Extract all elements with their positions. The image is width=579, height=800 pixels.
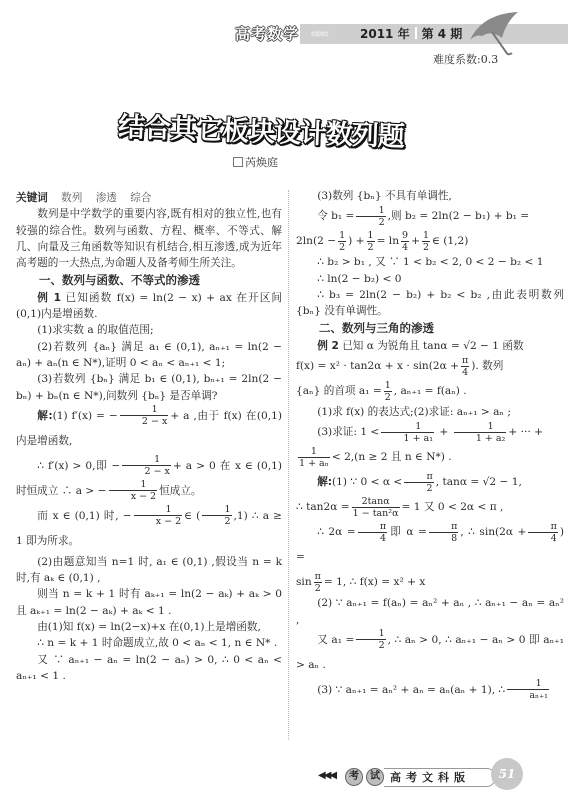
article-title: 结合其它板块设计数列题 bbox=[117, 105, 418, 154]
numerator: 2tanα bbox=[352, 496, 400, 508]
author-name: 芮焕庭 bbox=[245, 156, 278, 169]
denominator: 2 − x bbox=[120, 416, 169, 427]
fraction: 2tanα1 − tan²α bbox=[352, 496, 400, 519]
fraction: 11 + aₙ bbox=[298, 446, 330, 469]
keywords-label: 关键词 bbox=[16, 192, 48, 204]
denominator: 4 bbox=[358, 533, 387, 544]
numerator: 1 bbox=[120, 404, 169, 416]
math-text: ∈ ( bbox=[184, 510, 200, 522]
section-heading: 一、数列与函数、不等式的渗透 bbox=[16, 272, 282, 288]
fraction: 1aₙ₊₁ bbox=[507, 678, 549, 701]
math-text: 2ln(2 − bbox=[296, 235, 336, 247]
math-text: ∈ (1,2) bbox=[432, 235, 468, 247]
example-2: {aₙ} 的首项 a₁ =12, aₙ₊₁ = f(aₙ) . bbox=[296, 379, 564, 404]
math-text: + ··· + bbox=[508, 426, 543, 438]
math-text: ,则 b₂ = 2ln(2 − b₁) + b₁ = bbox=[388, 210, 529, 222]
denominator: 2 bbox=[338, 242, 346, 253]
denominator: x − 2 bbox=[109, 491, 158, 502]
footer-badge-shi: 试 bbox=[366, 768, 384, 786]
numerator: 1 bbox=[507, 678, 549, 690]
solution-part-2: (2)由题意知当 n=1 时, a₁ ∈ (0,1) ,假设当 n = k 时,… bbox=[16, 554, 282, 587]
numerator: π bbox=[429, 521, 458, 533]
solution-part-3: 2ln(2 −12) +12= ln94+12∈ (1,2) bbox=[296, 229, 564, 254]
footer-badge-kao: 考 bbox=[345, 768, 363, 786]
math-text: (3) ∵ aₙ₊₁ = aₙ² + aₙ = aₙ(aₙ + 1), ∴ bbox=[317, 684, 505, 696]
example-label: 例 1 bbox=[37, 292, 61, 304]
denominator: aₙ₊₁ bbox=[507, 690, 549, 701]
fraction: π2 bbox=[314, 571, 322, 594]
fraction: π4 bbox=[528, 521, 557, 544]
denominator: 2 bbox=[314, 583, 322, 594]
fraction: 1x − 2 bbox=[109, 479, 158, 502]
footer-arrows-icon: ◀◀◀ bbox=[318, 770, 335, 781]
solution-part-3: (3)数列 {bₙ} 不具有单调性, bbox=[296, 188, 564, 204]
math-text: ). 数列 bbox=[471, 360, 503, 372]
author-line: 芮焕庭 bbox=[233, 154, 278, 170]
numerator: 9 bbox=[401, 230, 409, 242]
math-text: = ln bbox=[377, 235, 399, 247]
math-text: ∴ f′(x) > 0,即 − bbox=[37, 460, 120, 472]
math-text: 又 a₁ = bbox=[317, 634, 354, 646]
numerator: 1 bbox=[422, 230, 430, 242]
math-text: 即 α = bbox=[389, 526, 427, 538]
numerator: π bbox=[528, 521, 557, 533]
keyword: 渗透 bbox=[96, 192, 117, 204]
denominator: x − 2 bbox=[134, 516, 183, 527]
keywords-line: 关键词 数列 渗透 综合 bbox=[16, 190, 282, 206]
example-label: 例 2 bbox=[317, 340, 339, 352]
example-2: f(x) = x² · tan2α + x · sin(2α +π4). 数列 bbox=[296, 354, 564, 379]
math-text: 而 x ∈ (0,1) 时, − bbox=[37, 510, 131, 522]
fraction: π4 bbox=[358, 521, 387, 544]
solution-2-part-2: 又 a₁ =12, ∴ aₙ > 0, ∴ aₙ₊₁ − aₙ > 0 即 aₙ… bbox=[296, 628, 564, 678]
math-text: 令 b₁ = bbox=[317, 210, 354, 222]
solution-label: 解: bbox=[37, 410, 52, 422]
denominator: 2 − x bbox=[122, 466, 171, 477]
math-text: (3)求证: 1 < bbox=[317, 426, 379, 438]
math-text: 恒成立。 bbox=[159, 485, 201, 497]
solution-part-1b: ∴ f′(x) > 0,即 −12 − x+ a > 0 在 x ∈ (0,1)… bbox=[16, 454, 282, 504]
numerator: 1 bbox=[109, 479, 158, 491]
solution-part-3: ∴ b₂ > b₁ , 又 ∵ 1 < b₂ < 2, 0 < 2 − b₂ <… bbox=[296, 254, 564, 270]
math-text: + bbox=[411, 235, 420, 247]
issue-number: 第 4 期 bbox=[422, 27, 463, 41]
numerator: 1 bbox=[356, 205, 385, 217]
numerator: 1 bbox=[381, 421, 434, 433]
fraction: 1x − 2 bbox=[134, 504, 183, 527]
fraction: 12 bbox=[202, 504, 231, 527]
fraction: 94 bbox=[401, 230, 409, 253]
math-text: sin bbox=[296, 576, 312, 588]
numerator: π bbox=[314, 571, 322, 583]
numerator: π bbox=[358, 521, 387, 533]
example-2-question-3: 11 + aₙ< 2,(n ≥ 2 且 n ∈ N*) . bbox=[296, 445, 564, 470]
denominator: 2 bbox=[384, 392, 392, 403]
solution-2-part-1: sinπ2= 1, ∴ f(x) = x² + x bbox=[296, 570, 564, 595]
numerator: 1 bbox=[454, 421, 507, 433]
fraction: 12 bbox=[356, 628, 385, 651]
example-2-questions: (1)求 f(x) 的表达式;(2)求证: aₙ₊₁ > aₙ ; bbox=[296, 404, 564, 420]
math-text: ∴ 2α = bbox=[317, 526, 355, 538]
fraction: π2 bbox=[404, 471, 433, 494]
solution-2-part-1: 解:(1) ∵ 0 < α <π2, tanα = √2 − 1, bbox=[296, 470, 564, 495]
section-heading: 二、数列与三角的渗透 bbox=[296, 320, 564, 336]
denominator: 1 − tan²α bbox=[352, 508, 400, 519]
question-2: (2)若数列 {aₙ} 满足 a₁ ∈ (0,1), aₙ₊₁ = ln(2 −… bbox=[16, 339, 282, 372]
solution-part-3: 令 b₁ =12,则 b₂ = 2ln(2 − b₁) + b₁ = bbox=[296, 204, 564, 229]
numerator: π bbox=[404, 471, 433, 483]
math-text: ) + bbox=[348, 235, 364, 247]
solution-2-part-2: (2) ∵ aₙ₊₁ = f(aₙ) = aₙ² + aₙ , ∴ aₙ₊₁ −… bbox=[296, 595, 564, 628]
page-number: 51 bbox=[491, 758, 523, 790]
author-box-icon bbox=[233, 157, 243, 167]
fraction: π8 bbox=[429, 521, 458, 544]
numerator: 1 bbox=[338, 230, 346, 242]
magazine-name: 高考数学 bbox=[235, 24, 299, 44]
denominator: 4 bbox=[401, 242, 409, 253]
fraction: 12 bbox=[367, 230, 375, 253]
keyword: 数列 bbox=[61, 192, 82, 204]
math-text: (1) f′(x) = − bbox=[53, 410, 118, 422]
numerator: 1 bbox=[122, 454, 171, 466]
issue-info: 2011 年第 4 期 bbox=[360, 24, 462, 44]
question-3: (3)若数列 {bₙ} 满足 b₁ ∈ (0,1), bₙ₊₁ = 2ln(2 … bbox=[16, 371, 282, 404]
numerator: 1 bbox=[367, 230, 375, 242]
fraction: 12 − x bbox=[122, 454, 171, 477]
math-text: , tanα = √2 − 1, bbox=[436, 476, 522, 488]
solution-label: 解: bbox=[317, 476, 332, 488]
fraction: 11 + a₁ bbox=[381, 421, 434, 444]
denominator: 4 bbox=[528, 533, 557, 544]
fraction: 12 bbox=[384, 380, 392, 403]
denominator: 1 + a₂ bbox=[454, 433, 507, 444]
solution-2-part-3: (3) ∵ aₙ₊₁ = aₙ² + aₙ = aₙ(aₙ + 1), ∴1aₙ… bbox=[296, 678, 564, 703]
fraction: 12 bbox=[338, 230, 346, 253]
math-text: f(x) = x² · tan2α + x · sin(2α + bbox=[296, 360, 459, 372]
left-column: 关键词 数列 渗透 综合 数列是中学数学的重要内容,既有相对的独立性,也有较强的… bbox=[16, 190, 282, 684]
solution-part-2: ∴ n = k + 1 时命题成立,故 0 < aₙ < 1, n ∈ N* . bbox=[16, 635, 282, 651]
solution-2-part-1: ∴ tan2α =2tanα1 − tan²α= 1 又 0 < 2α < π … bbox=[296, 495, 564, 520]
denominator: 4 bbox=[461, 367, 469, 378]
numerator: 1 bbox=[202, 504, 231, 516]
denominator: 2 bbox=[356, 217, 385, 228]
fraction: 11 + a₂ bbox=[454, 421, 507, 444]
math-text: < 2,(n ≥ 2 且 n ∈ N*) . bbox=[332, 451, 452, 463]
intro-paragraph: 数列是中学数学的重要内容,既有相对的独立性,也有较强的综合性。数列与函数、方程、… bbox=[16, 206, 282, 271]
fraction: 12 − x bbox=[120, 404, 169, 427]
solution-2-part-1: ∴ 2α =π4即 α =π8, ∴ sin(2α +π4) = bbox=[296, 520, 564, 570]
solution-part-1c: 而 x ∈ (0,1) 时, −1x − 2∈ (12,1) ∴ a ≥ 1 即… bbox=[16, 504, 282, 554]
math-text: = 1 又 0 < 2α < π , bbox=[402, 501, 504, 513]
math-text: 已知 α 为锐角且 tanα = √2 − 1 函数 bbox=[342, 340, 523, 352]
issue-year: 2011 年 bbox=[360, 27, 410, 41]
fraction: π4 bbox=[461, 355, 469, 378]
right-column: (3)数列 {bₙ} 不具有单调性, 令 b₁ =12,则 b₂ = 2ln(2… bbox=[296, 188, 564, 703]
solution-part-1: 解:(1) f′(x) = −12 − x+ a ,由于 f(x) 在(0,1)… bbox=[16, 404, 282, 454]
math-text: {aₙ} 的首项 a₁ = bbox=[296, 385, 382, 397]
denominator: 2 bbox=[202, 516, 231, 527]
question-1: (1)求实数 a 的取值范围; bbox=[16, 322, 282, 338]
denominator: 2 bbox=[422, 242, 430, 253]
math-text: = 1, ∴ f(x) = x² + x bbox=[324, 576, 425, 588]
denominator: 2 bbox=[404, 483, 433, 494]
denominator: 2 bbox=[356, 640, 385, 651]
keyword: 综合 bbox=[130, 192, 151, 204]
denominator: 8 bbox=[429, 533, 458, 544]
numerator: 1 bbox=[134, 504, 183, 516]
denominator: 1 + aₙ bbox=[298, 458, 330, 469]
fraction: 12 bbox=[356, 205, 385, 228]
column-divider bbox=[288, 190, 289, 740]
denominator: 1 + a₁ bbox=[381, 433, 434, 444]
difficulty-rating: 难度系数:0.3 bbox=[433, 51, 498, 67]
solution-part-2: 由(1)知 f(x) = ln(2−x)+x 在(0,1)上是增函数, bbox=[16, 619, 282, 635]
numerator: 1 bbox=[384, 380, 392, 392]
numerator: 1 bbox=[298, 446, 330, 458]
fraction: 12 bbox=[422, 230, 430, 253]
solution-part-3: ∴ b₃ = 2ln(2 − b₂) + b₂ < b₂ ,由此表明数列 {bₙ… bbox=[296, 287, 564, 320]
math-text: , ∴ sin(2α + bbox=[460, 526, 526, 538]
denominator: 2 bbox=[367, 242, 375, 253]
footer-edition: 高考文科版 bbox=[390, 769, 470, 785]
header-arrows-icon: ««« bbox=[310, 24, 327, 44]
solution-part-3: ∴ ln(2 − b₂) < 0 bbox=[296, 271, 564, 287]
solution-part-2: 又 ∵ aₙ₊₁ − aₙ = ln(2 − aₙ) > 0, ∴ 0 < aₙ… bbox=[16, 652, 282, 685]
math-text: , aₙ₊₁ = f(aₙ) . bbox=[394, 385, 467, 397]
solution-part-2: 则当 n = k + 1 时有 aₖ₊₁ = ln(2 − aₖ) + aₖ >… bbox=[16, 586, 282, 619]
math-text: (1) ∵ 0 < α < bbox=[332, 476, 402, 488]
numerator: 1 bbox=[356, 628, 385, 640]
issue-separator bbox=[415, 27, 417, 39]
example-2: 例 2 已知 α 为锐角且 tanα = √2 − 1 函数 bbox=[296, 338, 564, 354]
example-1: 例 1 已知函数 f(x) = ln(2 − x) + ax 在开区间(0,1)… bbox=[16, 290, 282, 323]
math-text: ∴ tan2α = bbox=[296, 501, 350, 513]
numerator: π bbox=[461, 355, 469, 367]
example-2-question-3: (3)求证: 1 <11 + a₁ + 11 + a₂+ ··· + bbox=[296, 420, 564, 445]
